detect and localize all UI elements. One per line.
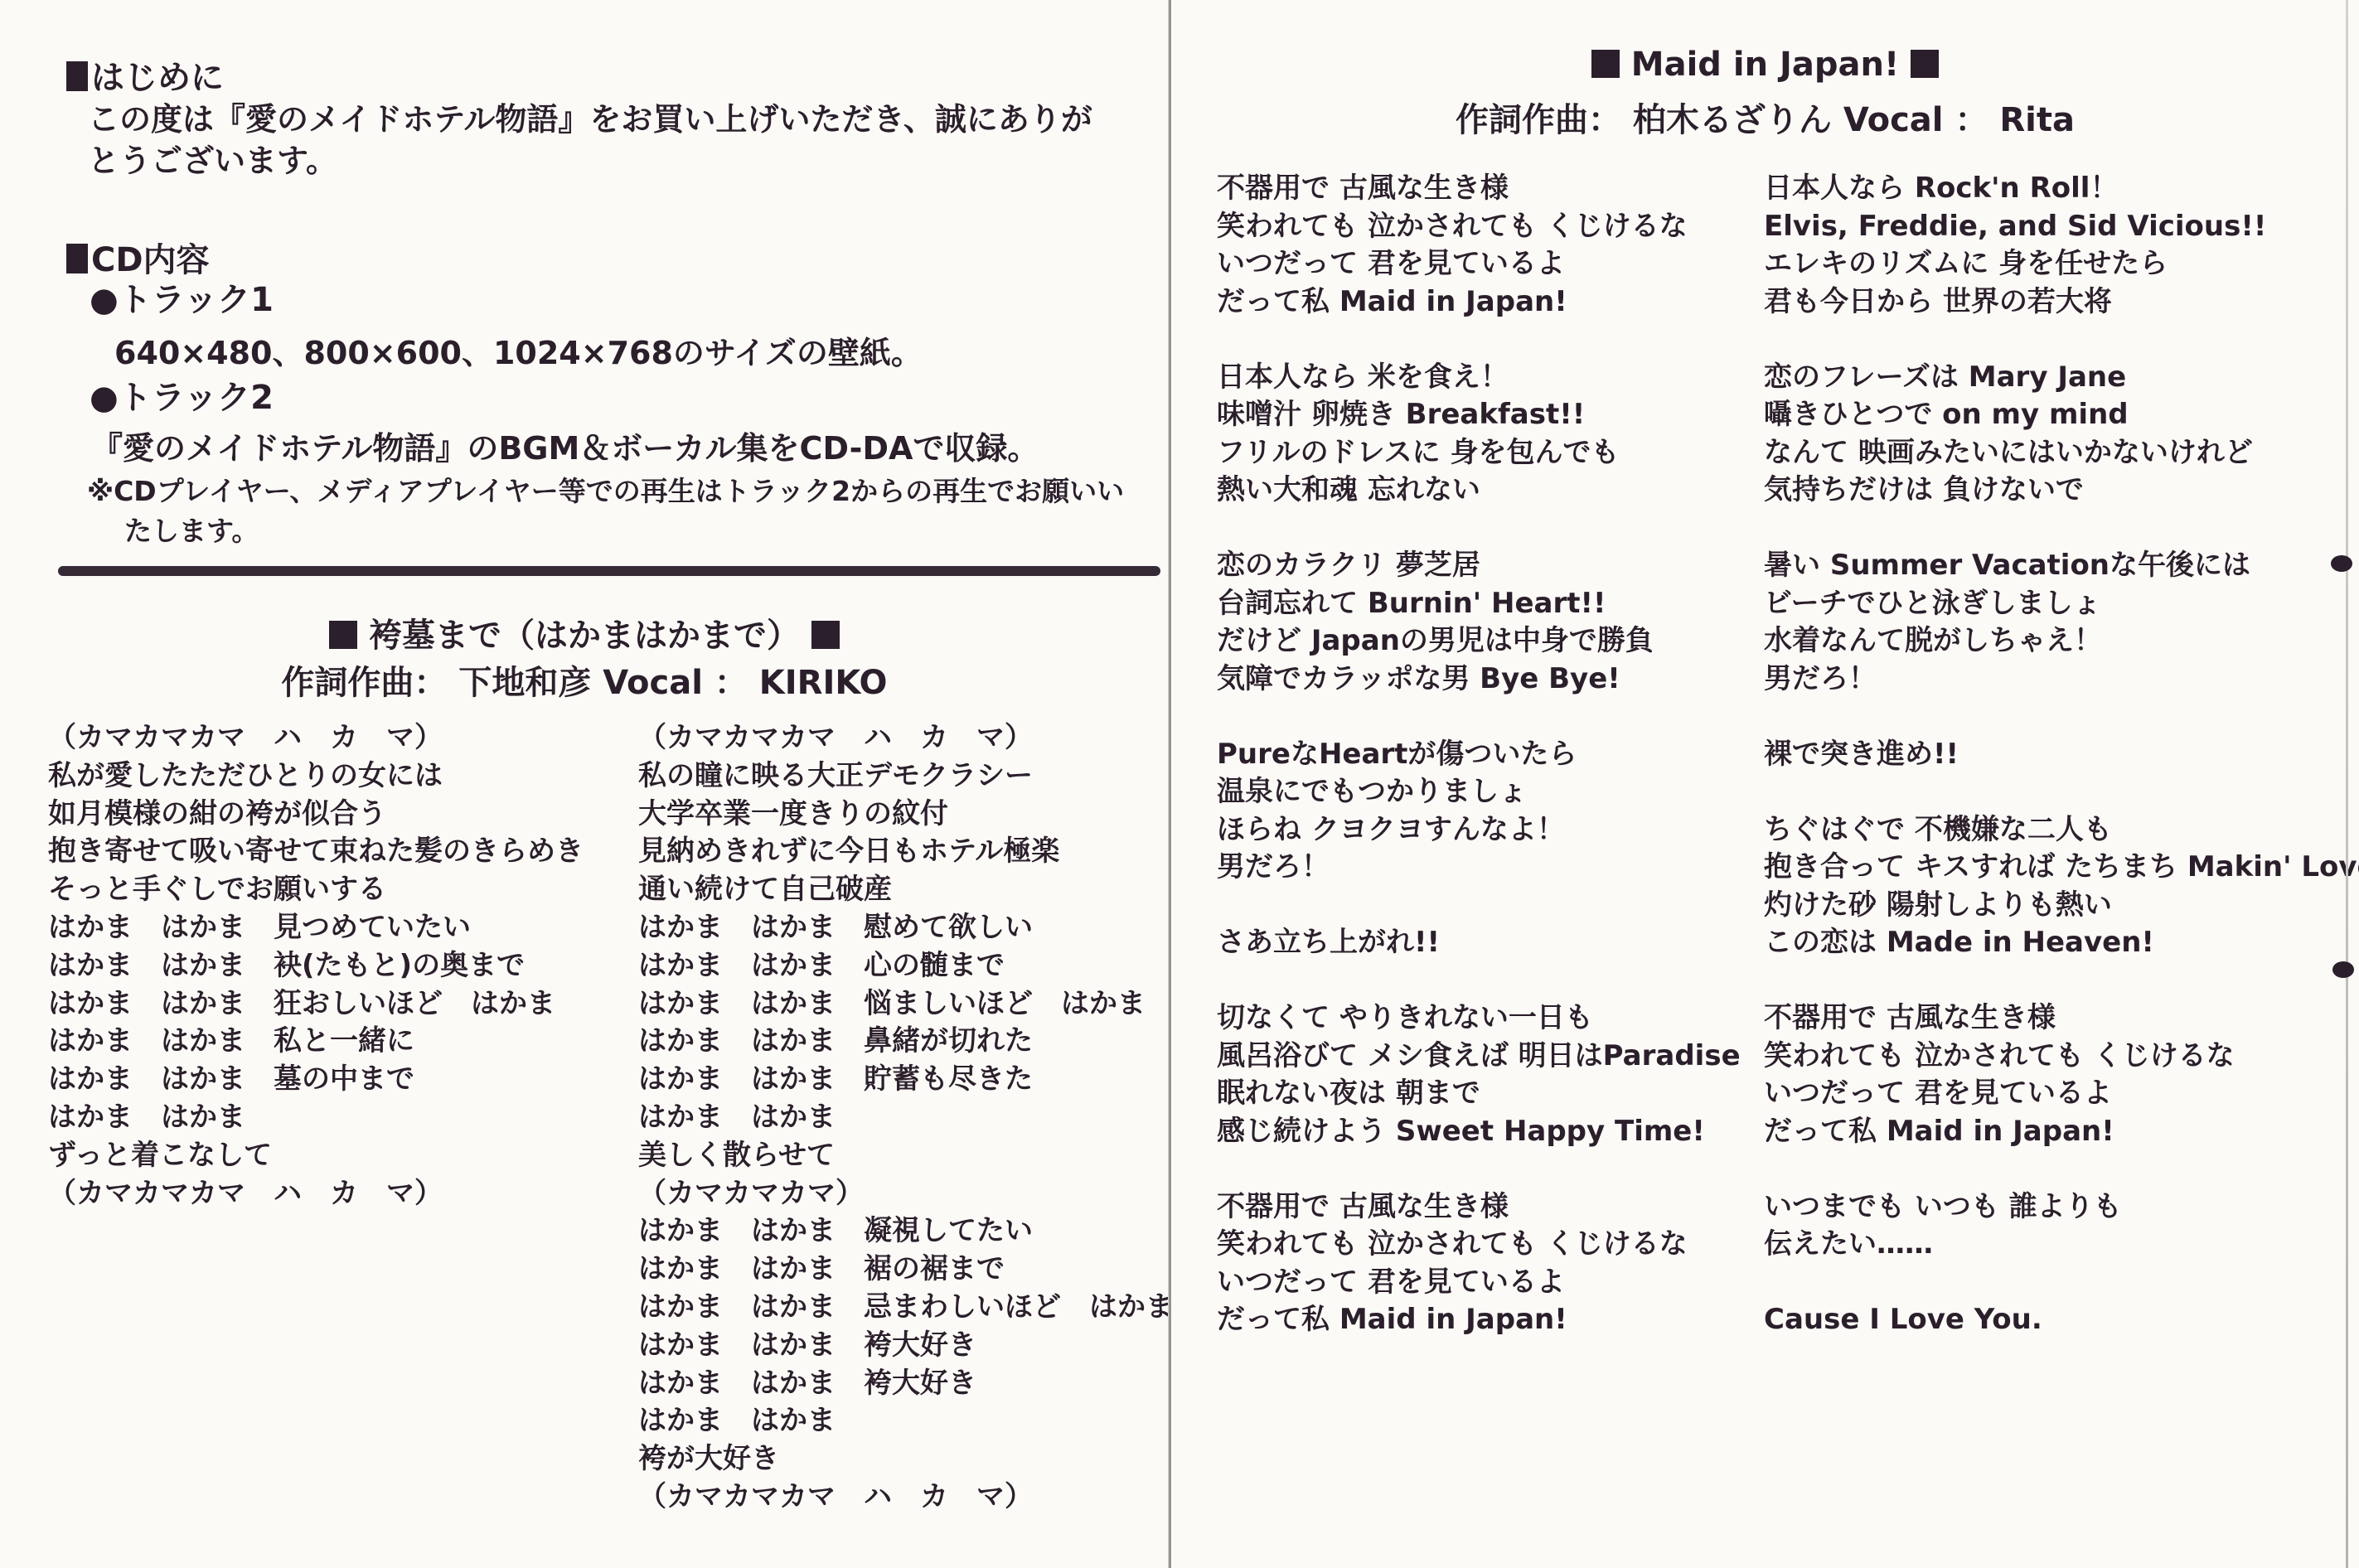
left-page: はじめに この度は『愛のメイドホテル物語』をお買い上げいただき、誠にありが とう… (0, 0, 1169, 1568)
lyric-line: 切なくて やりきれない一日も (1217, 999, 1741, 1038)
lyric-line: 恋のカラクリ 夢芝居 (1217, 547, 1741, 585)
lyric-line: はかま はかま 袴大好き (638, 1365, 1174, 1403)
lyric-line: 水着なんて脱がしちゃえ！ (1764, 622, 2359, 661)
lyric-line: 灼けた砂 陽射しよりも熱い (1764, 887, 2359, 925)
right-page: Maid in Japan! 作詞作曲： 柏木るざりん Vocal ： Rita… (1171, 0, 2359, 1568)
lyric-line: だって私 Maid in Japan! (1764, 1113, 2359, 1151)
lyric-line: はかま はかま 狂おしいほど はかま (48, 985, 584, 1024)
lyric-line: 通い続けて自己破産 (638, 871, 1174, 909)
lyric-line: 台詞忘れて Burnin' Heart!! (1217, 585, 1741, 623)
lyric-line: 不器用で 古風な生き様 (1217, 170, 1741, 208)
lyric-line: 如月模様の紺の袴が似合う (48, 796, 584, 834)
lyric-line: はかま はかま 鼻緒が切れた (638, 1023, 1174, 1061)
lyric-line: だって私 Maid in Japan! (1217, 1301, 1741, 1339)
lyric-line: 笑われても 泣かされても くじけるな (1217, 208, 1741, 246)
lyric-line: 眠れない夜は 朝まで (1217, 1075, 1741, 1113)
lyric-line: はかま はかま 裾の裾まで (638, 1251, 1174, 1289)
lyric-line (1217, 510, 1741, 548)
lyric-line: 不器用で 古風な生き様 (1217, 1188, 1741, 1227)
lyric-line: 男だろ！ (1764, 661, 2359, 699)
lyric-line (1764, 773, 2359, 811)
lyric-line (1217, 321, 1741, 359)
square-bullet-icon (329, 621, 357, 649)
song2-title: Maid in Japan! (1171, 46, 2359, 84)
intro-heading: はじめに (66, 51, 224, 99)
lyric-line: なんて 映画みたいにはいかないけれど (1764, 434, 2359, 472)
lyric-line: 大学卒業一度きりの紋付 (638, 796, 1174, 834)
lyric-line: 笑われても 泣かされても くじけるな (1764, 1038, 2359, 1076)
lyric-line: （カマカマカマ ハ カ マ） (48, 1175, 584, 1213)
playback-note-line-1: ※CDプレイヤー、メディアプレイヤー等での再生はトラック2からの再生でお願いい (87, 470, 1124, 509)
lyric-line: はかま はかま 慰めて欲しい (638, 909, 1174, 947)
song2-lyrics-column-2: 日本人なら Rock'n Roll！Elvis, Freddie, and Si… (1764, 170, 2359, 1339)
lyric-line: 日本人なら 米を食え！ (1217, 359, 1741, 397)
lyric-line: Cause I Love You. (1764, 1301, 2359, 1339)
lyric-line: 私の瞳に映る大正デモクラシー (638, 757, 1174, 796)
intro-line-1: この度は『愛のメイドホテル物語』をお買い上げいただき、誠にありが (88, 94, 1092, 139)
lyric-line: はかま はかま (48, 1099, 584, 1137)
intro-heading-text: はじめに (91, 59, 224, 97)
square-bullet-icon (1911, 50, 1939, 78)
square-bullet-icon (66, 244, 88, 273)
lyric-line: いつだって 君を見ているよ (1764, 1075, 2359, 1113)
track1-description: 640×480、800×600、1024×768のサイズの壁紙。 (114, 327, 923, 373)
track1-label: ●トラック1 (90, 273, 274, 321)
lyric-line: はかま はかま 心の髄まで (638, 947, 1174, 985)
lyric-line (1764, 698, 2359, 736)
lyric-line: はかま はかま 墓の中まで (48, 1061, 584, 1099)
square-bullet-icon (811, 621, 840, 649)
lyric-line: 私が愛したただひとりの女には (48, 757, 584, 796)
lyric-line: はかま はかま 袴大好き (638, 1327, 1174, 1365)
lyric-line: （カマカマカマ ハ カ マ） (638, 1478, 1174, 1517)
lyric-line: 男だろ！ (1217, 849, 1741, 887)
lyric-line: 不器用で 古風な生き様 (1764, 999, 2359, 1038)
cutout-notch-top (2331, 555, 2352, 572)
song1-title: 袴墓まで（はかまはかまで） (0, 609, 1169, 656)
lyric-line: エレキのリズムに 身を任せたら (1764, 245, 2359, 283)
lyric-line: 袴が大好き (638, 1440, 1174, 1478)
lyric-line: ほらね クヨクヨすんなよ！ (1217, 811, 1741, 849)
lyric-line: はかま はかま 凝視してたい (638, 1212, 1174, 1251)
lyric-line: 熱い大和魂 忘れない (1217, 472, 1741, 510)
lyric-line: 笑われても 泣かされても くじけるな (1217, 1226, 1741, 1264)
lyric-line: （カマカマカマ ハ カ マ） (48, 719, 584, 757)
lyric-line: はかま はかま 私と一緒に (48, 1023, 584, 1061)
lyric-line: フリルのドレスに 身を包んでも (1217, 434, 1741, 472)
lyric-line: はかま はかま 袂(たもと)の奥まで (48, 947, 584, 985)
lyric-line: 恋のフレーズは Mary Jane (1764, 359, 2359, 397)
lyric-line: 裸で突き進め!! (1764, 736, 2359, 774)
lyric-line (1764, 1150, 2359, 1188)
lyric-line: だって私 Maid in Japan! (1217, 283, 1741, 322)
lyric-line: この恋は Made in Heaven! (1764, 924, 2359, 962)
lyric-line: Elvis, Freddie, and Sid Vicious!! (1764, 208, 2359, 246)
square-bullet-icon (1591, 50, 1620, 78)
lyric-line: はかま はかま 見つめていたい (48, 909, 584, 947)
lyric-line: そっと手ぐしでお願いする (48, 871, 584, 909)
lyric-line: （カマカマカマ ハ カ マ） (638, 719, 1174, 757)
lyric-line (1764, 321, 2359, 359)
lyric-line: 囁きひとつで on my mind (1764, 396, 2359, 434)
lyric-line: はかま はかま 悩ましいほど はかま (638, 985, 1174, 1024)
lyric-line: 味噌汁 卵焼き Breakfast!! (1217, 396, 1741, 434)
song2-lyrics-column-1: 不器用で 古風な生き様笑われても 泣かされても くじけるないつだって 君を見てい… (1217, 170, 1741, 1339)
lyric-line: ちぐはぐで 不機嫌な二人も (1764, 811, 2359, 849)
lyric-line: ビーチでひと泳ぎしましょ (1764, 585, 2359, 623)
lyric-line (1217, 1150, 1741, 1188)
lyric-line (1764, 962, 2359, 1000)
lyric-line: 抱き合って キスすれば たちまち Makin' Love (1764, 849, 2359, 887)
lyric-line (1764, 1264, 2359, 1302)
lyric-line: はかま はかま 貯蓄も尽きた (638, 1061, 1174, 1099)
playback-note-line-2: たします。 (124, 510, 259, 549)
intro-line-2: とうございます。 (88, 135, 337, 181)
lyric-line: さあ立ち上がれ!! (1217, 924, 1741, 962)
lyric-line: いつだって 君を見ているよ (1217, 245, 1741, 283)
track2-label: ●トラック2 (90, 371, 274, 419)
lyric-line: PureなHeartが傷ついたら (1217, 736, 1741, 774)
lyric-line: 抱き寄せて吸い寄せて束ねた髪のきらめき (48, 833, 584, 871)
lyric-line (1764, 510, 2359, 548)
lyric-line (1217, 962, 1741, 1000)
lyric-line: はかま はかま 忌まわしいほど はかま (638, 1289, 1174, 1327)
lyric-line (1217, 698, 1741, 736)
lyric-line (1217, 887, 1741, 925)
lyric-line: 温泉にでもつかりましょ (1217, 773, 1741, 811)
lyric-line: はかま はかま (638, 1099, 1174, 1137)
lyric-line: いつだって 君を見ているよ (1217, 1264, 1741, 1302)
lyric-line: 風呂浴びて メシ食えば 明日はParadise (1217, 1038, 1741, 1076)
lyric-line: いつまでも いつも 誰よりも (1764, 1188, 2359, 1227)
song2-credits: 作詞作曲： 柏木るざりん Vocal ： Rita (1171, 94, 2359, 141)
lyric-line: 感じ続けよう Sweet Happy Time! (1217, 1113, 1741, 1151)
lyric-line: はかま はかま (638, 1402, 1174, 1440)
square-bullet-icon (66, 61, 88, 91)
song1-credits: 作詞作曲： 下地和彦 Vocal ： KIRIKO (0, 656, 1169, 704)
lyric-line: 気障でカラッポな男 Bye Bye! (1217, 661, 1741, 699)
song1-lyrics-column-2: （カマカマカマ ハ カ マ）私の瞳に映る大正デモクラシー大学卒業一度きりの紋付見… (638, 719, 1174, 1517)
lyric-line: 暑い Summer Vacationな午後には (1764, 547, 2359, 585)
lyric-line: 気持ちだけは 負けないで (1764, 472, 2359, 510)
section-divider (58, 566, 1160, 576)
lyric-line: 伝えたい…… (1764, 1226, 2359, 1264)
lyric-line: 美しく散らせて (638, 1137, 1174, 1175)
lyric-line: 君も今日から 世界の若大将 (1764, 283, 2359, 322)
song2-title-text: Maid in Japan! (1631, 46, 1899, 84)
lyric-line: ずっと着こなして (48, 1137, 584, 1175)
lyric-line: 見納めきれずに今日もホテル極楽 (638, 833, 1174, 871)
track2-description: 『愛のメイドホテル物語』のBGM＆ボーカル集をCD-DAで収録。 (91, 423, 1039, 468)
lyric-line: だけど Japanの男児は中身で勝負 (1217, 622, 1741, 661)
song1-lyrics-column-1: （カマカマカマ ハ カ マ）私が愛したただひとりの女には如月模様の紺の袴が似合う… (48, 719, 584, 1212)
lyric-line: 日本人なら Rock'n Roll！ (1764, 170, 2359, 208)
lyric-line: （カマカマカマ） (638, 1175, 1174, 1213)
cutout-notch-bottom (2332, 961, 2354, 978)
song1-title-text: 袴墓まで（はかまはかまで） (369, 617, 800, 655)
